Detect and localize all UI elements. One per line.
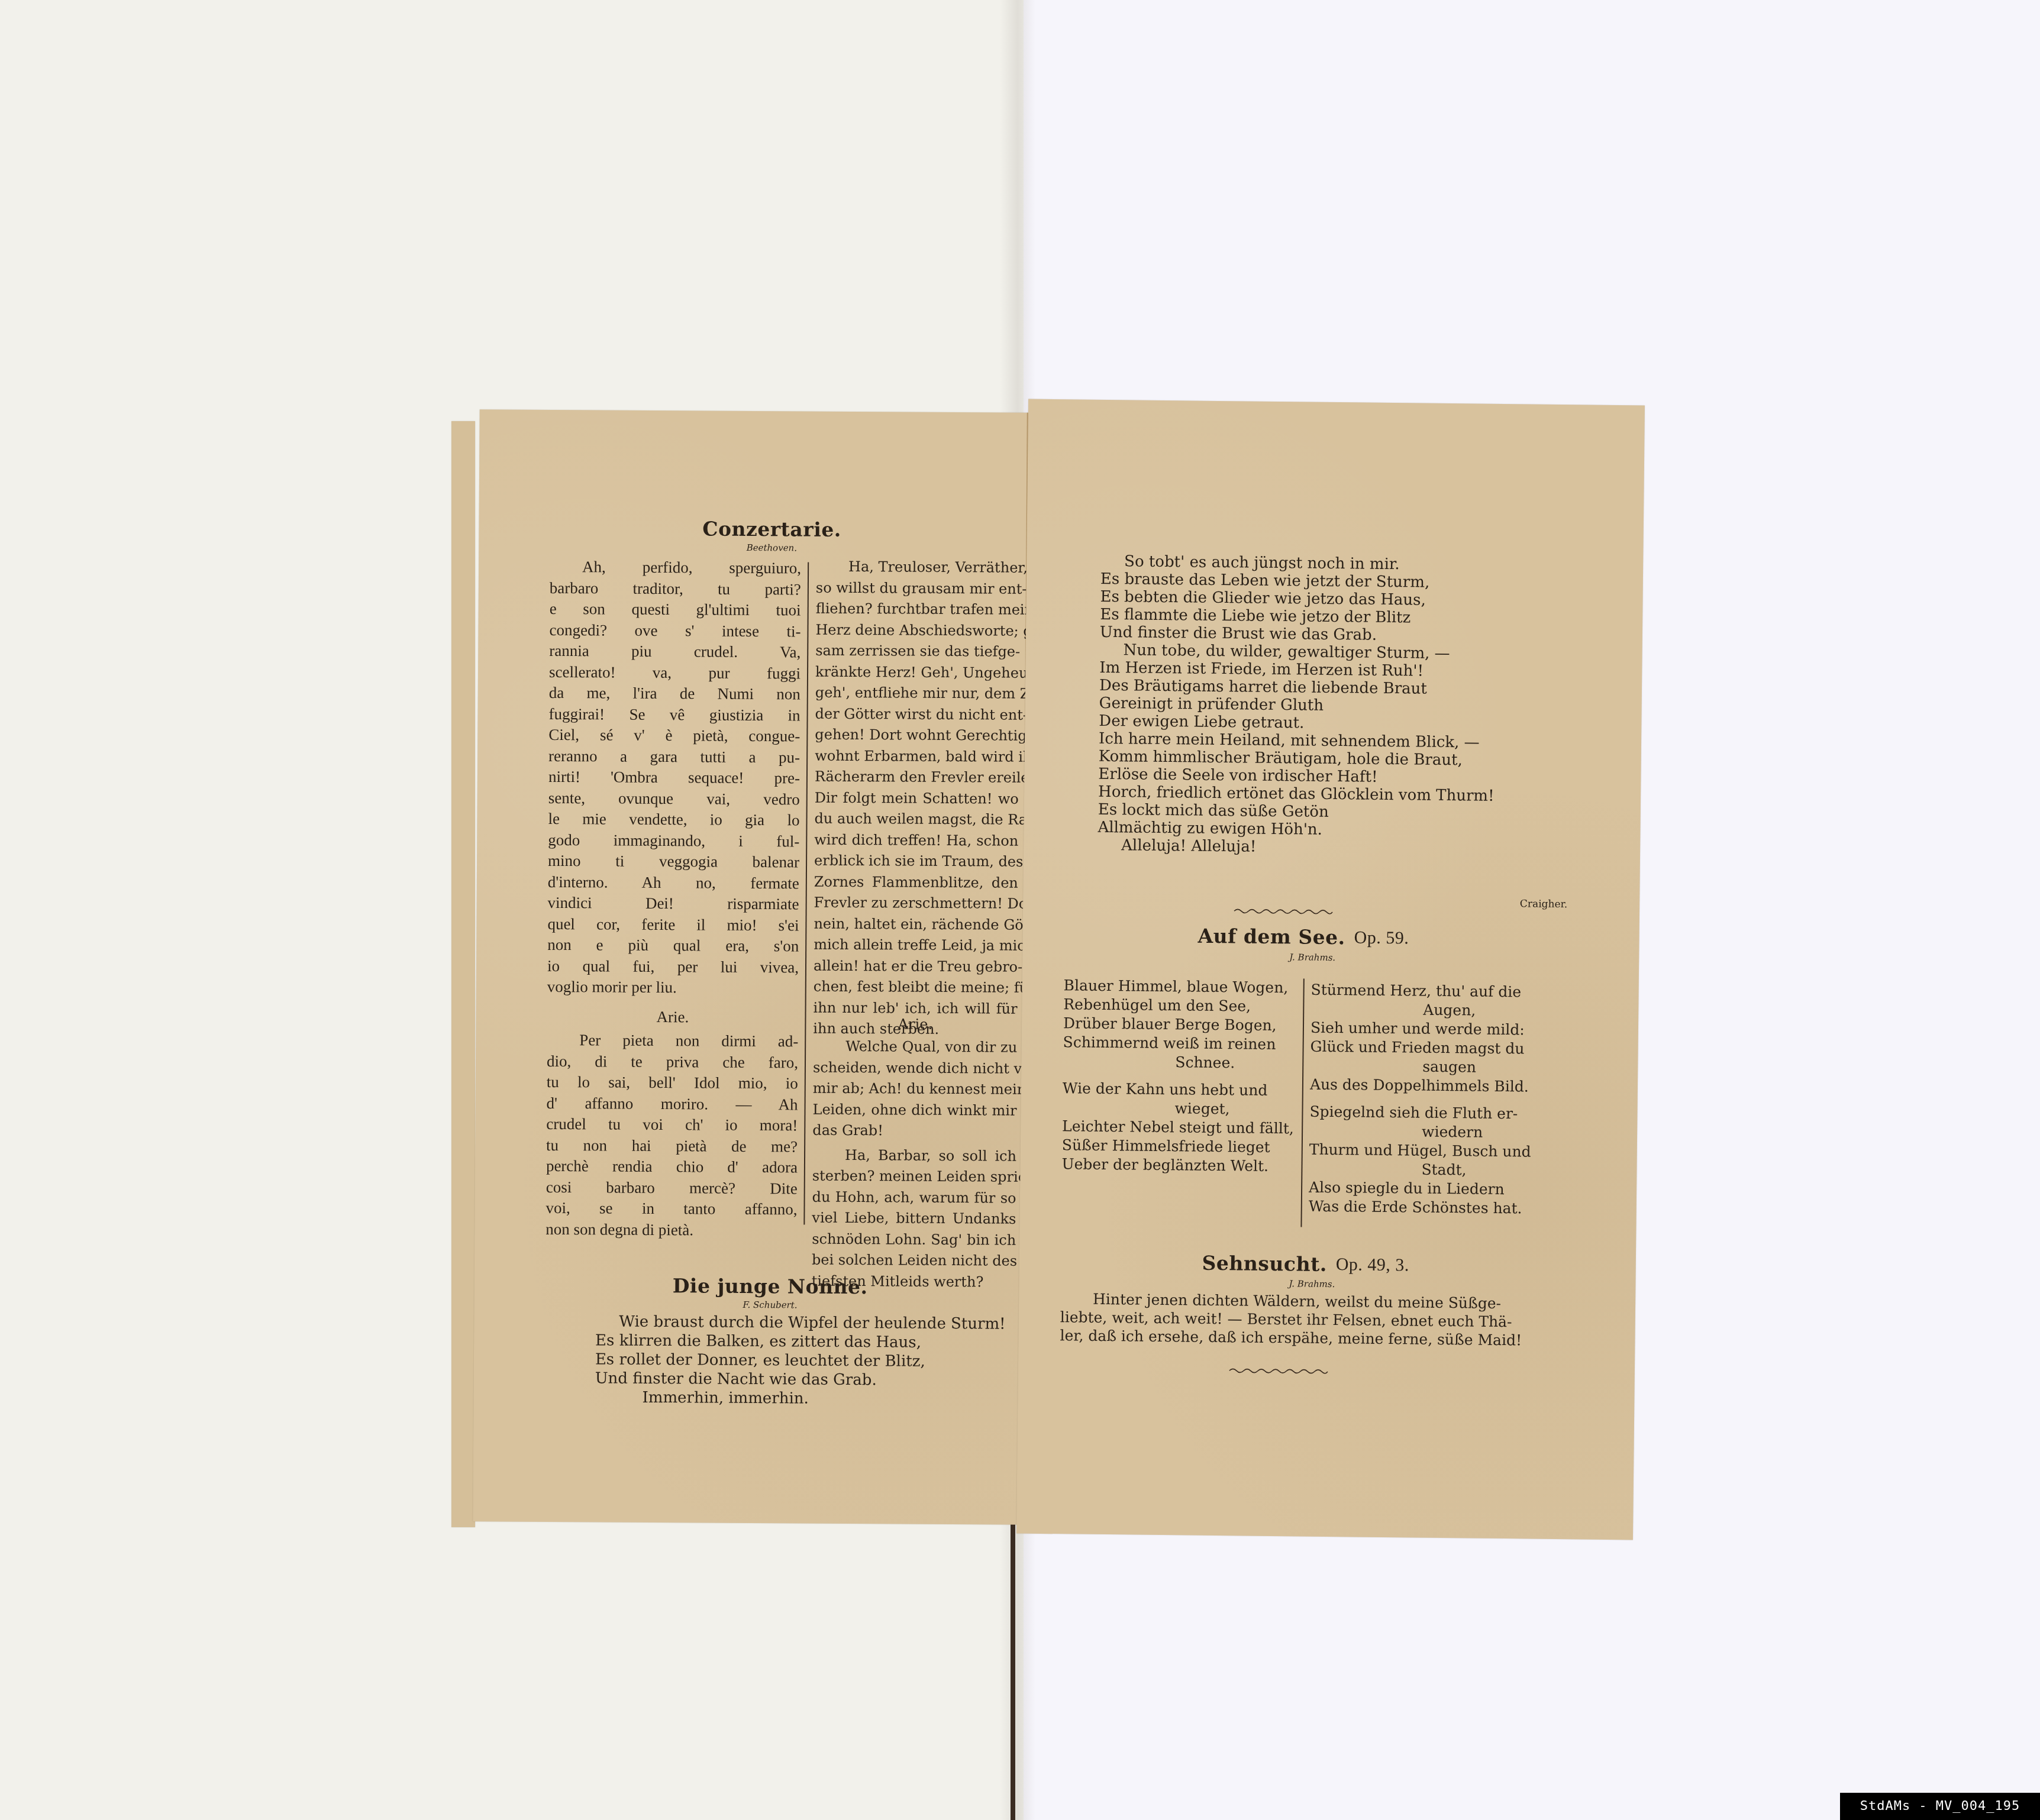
konzertarie-title: Conzertarie. <box>653 517 890 541</box>
text-line: congedi? ove s' intese ti- <box>549 619 800 642</box>
text-line: sente, ovunque vai, vedro <box>548 787 800 810</box>
text-line: Stürmend Herz, thu' auf die <box>1310 981 1559 1002</box>
text-line: chen, fest bleibt die meine; für <box>814 977 1018 999</box>
text-line: erblick ich sie im Traum, des <box>814 851 1018 873</box>
text-line: non son degna di pietà. <box>545 1218 797 1241</box>
text-line: Immerhin, immerhin. <box>595 1388 1009 1409</box>
arie-italian-title: Arie. <box>547 1006 798 1029</box>
text-line: Aus des Doppelhimmels Bild. <box>1310 1075 1558 1097</box>
text-line: Und finster die Nacht wie das Grab. <box>595 1369 1009 1390</box>
text-line: tu non hai pietà de me? <box>546 1134 798 1157</box>
text-line: barbaro traditor, tu parti? <box>550 577 801 600</box>
arie-german-text: Welche Qual, von dir zuscheiden, wende d… <box>812 1036 1018 1293</box>
text-line: io qual fui, per lui vivea, <box>547 955 799 978</box>
poet-signature: Craigher. <box>1449 897 1567 910</box>
sehnsucht-title: Sehnsucht. <box>1144 1251 1327 1276</box>
text-line: da me, l'ira de Numi non <box>549 683 800 705</box>
text-line: du auch weilen magst, die Rache <box>814 809 1018 831</box>
konzertarie-composer: Beethoven. <box>712 542 831 554</box>
text-line: so willst du grausam mir ent- <box>816 577 1020 600</box>
text-line: Wie braust durch die Wipfel der heulende… <box>595 1312 1009 1333</box>
junge-nonne-title: Die junge Nonne. <box>652 1274 889 1298</box>
text-line: wohnt Erbarmen, bald wird ihr <box>815 745 1019 768</box>
archive-caption: StdAMs - MV_004_195 <box>1840 1793 2040 1820</box>
text-line: Thurm und Hügel, Busch und <box>1309 1140 1558 1162</box>
text-line: quel cor, ferite il mio! s'ei <box>547 913 799 936</box>
text-line: perchè rendia chio d' adora <box>546 1156 798 1178</box>
text-line: Leiden, ohne dich winkt mir <box>812 1099 1016 1121</box>
text-line: le mie vendette, io gia lo <box>548 809 799 831</box>
text-line: reranno a gara tutti a pu- <box>548 745 800 768</box>
text-line: Also spiegle du in Liedern <box>1309 1178 1557 1200</box>
auf-dem-see-left-column: Blauer Himmel, blaue Wogen,Rebenhügel um… <box>1061 976 1300 1176</box>
text-line: der Götter wirst du nicht ent- <box>815 703 1019 726</box>
text-line: nein, haltet ein, rächende Götter! <box>814 913 1018 936</box>
text-line: Ha, Barbar, so soll ich <box>812 1145 1016 1167</box>
konzertarie-german-column: Ha, Treuloser, Verräther,so willst du gr… <box>813 557 1020 1041</box>
auf-dem-see-opus: Op. 59. <box>1354 927 1472 949</box>
text-line: Wie der Kahn uns hebt und <box>1063 1079 1299 1100</box>
text-line: Augen, <box>1310 1000 1559 1021</box>
text-line: Stadt, <box>1309 1159 1557 1181</box>
text-line: tu lo sai, bell' Idol mio, io <box>547 1072 798 1094</box>
konzertarie-italian-column: Ah, perfido, sperguiuro,barbaro traditor… <box>547 557 802 999</box>
text-line: Schimmernd weiß im reinen <box>1063 1033 1300 1054</box>
left-page-underlayer <box>451 421 475 1527</box>
text-line: fuggirai! Se vê giustizia in <box>548 703 800 726</box>
ornament-divider <box>1233 907 1334 916</box>
text-line: das Grab! <box>812 1120 1016 1143</box>
text-line: Rebenhügel um den See, <box>1063 995 1300 1016</box>
text-line: godo immaginando, i ful- <box>548 829 799 852</box>
junge-nonne-continuation: So tobt' es auch jüngst noch in mir.Es b… <box>1098 552 1562 859</box>
text-line: d' affanno moriro. — Ah <box>546 1092 798 1115</box>
text-line: scheiden, wende dich nicht von <box>813 1057 1017 1079</box>
text-line: Es klirren die Balken, es zittert das Ha… <box>595 1331 1009 1352</box>
text-line: Leichter Nebel steigt und fällt, <box>1062 1117 1299 1138</box>
text-line: voi, se in tanto affanno, <box>545 1198 797 1220</box>
text-line: mich allein treffe Leid, ja mich <box>814 935 1018 957</box>
text-line: Per pieta non dirmi ad- <box>547 1030 798 1052</box>
ornament-divider <box>1228 1366 1329 1376</box>
text-line: wiedern <box>1309 1121 1558 1143</box>
text-line: e son questi gl'ultimi tuoi <box>550 599 801 621</box>
text-line: wird dich treffen! Ha, schon <box>814 829 1018 852</box>
text-line: mino ti veggogia balenar <box>548 851 799 873</box>
junge-nonne-verse: Wie braust durch die Wipfel der heulende… <box>595 1312 1009 1409</box>
text-line: Herz deine Abschiedsworte; grau- <box>815 619 1019 642</box>
text-line: bei solchen Leiden nicht des <box>812 1250 1016 1272</box>
arie-german-title: Arie. <box>813 1014 1017 1036</box>
text-line: dio, di te priva che faro, <box>547 1050 798 1073</box>
text-line: Ha, Treuloser, Verräther, <box>816 557 1020 579</box>
text-line: kränkte Herz! Geh', Ungeheuer! <box>815 661 1019 684</box>
text-line: schnöden Lohn. Sag' bin ich <box>812 1229 1016 1251</box>
text-line: nirti! 'Ombra sequace! pre- <box>548 767 800 789</box>
text-line: Ciel, sé v' è pietà, congue- <box>548 725 800 747</box>
auf-dem-see-title: Auf dem See. <box>1144 924 1345 949</box>
column-divider <box>1300 979 1304 1227</box>
sehnsucht-text: Hinter jenen dichten Wäldern, weilst du … <box>1060 1289 1569 1350</box>
text-line: Sieh umher und werde mild: <box>1310 1019 1559 1040</box>
text-line: non e più qual era, s'on <box>547 935 799 957</box>
text-line: Glück und Frieden magst du <box>1310 1037 1558 1059</box>
text-line: voglio morir per liu. <box>547 977 799 999</box>
arie-italian-text: Per pieta non dirmi ad-dio, di te priva … <box>545 1030 798 1242</box>
left-page: Conzertarie. Beethoven. Ah, perfido, spe… <box>473 409 1030 1525</box>
column-divider <box>803 563 809 1225</box>
text-line: Rächerarm den Frevler ereilen! <box>815 767 1019 789</box>
sehnsucht-composer: J. Brahms. <box>1253 1278 1371 1290</box>
text-line: Welche Qual, von dir zu <box>813 1036 1017 1059</box>
auf-dem-see-composer: J. Brahms. <box>1253 952 1371 964</box>
text-line: sam zerrissen sie das tiefge- <box>815 641 1019 663</box>
auf-dem-see-right-column: Stürmend Herz, thu' auf dieAugen,Sieh um… <box>1309 981 1560 1218</box>
text-line: Schnee. <box>1063 1052 1299 1073</box>
text-line: mir ab; Ach! du kennest meine <box>813 1078 1017 1101</box>
text-line: fliehen? furchtbar trafen mein <box>816 599 1020 621</box>
text-line: Spiegelnd sieh die Fluth er- <box>1309 1103 1558 1124</box>
text-line: saugen <box>1310 1056 1558 1078</box>
text-line: Frevler zu zerschmettern! Doch <box>814 893 1018 915</box>
text-line: Dir folgt mein Schatten! wo <box>815 787 1019 810</box>
text-line: allein! hat er die Treu gebro- <box>814 955 1018 978</box>
text-line: Drüber blauer Berge Bogen, <box>1063 1014 1300 1035</box>
text-line: cosi barbaro mercè? Dite <box>546 1176 798 1199</box>
text-line: Zornes Flammenblitze, den <box>814 871 1018 894</box>
text-line: sterben? meinen Leiden sprichst <box>812 1166 1016 1188</box>
text-line: geh', entfliehe mir nur, dem Zorn <box>815 683 1019 705</box>
text-line: Es rollet der Donner, es leuchtet der Bl… <box>595 1350 1009 1371</box>
text-line: crudel tu voi ch' io mora! <box>546 1114 798 1136</box>
text-line: rannia piu crudel. Va, <box>549 641 800 663</box>
sehnsucht-opus: Op. 49, 3. <box>1336 1255 1484 1276</box>
text-line: Ah, perfido, sperguiuro, <box>550 557 801 579</box>
text-line: Süßer Himmelsfriede lieget <box>1062 1136 1299 1157</box>
text-line: Blauer Himmel, blaue Wogen, <box>1064 976 1300 997</box>
right-page: So tobt' es auch jüngst noch in mir.Es b… <box>1016 399 1645 1540</box>
text-line: du Hohn, ach, warum für so <box>812 1187 1016 1209</box>
text-line: vindici Dei! risparmiate <box>548 893 799 915</box>
text-line: scellerato! va, pur fuggi <box>549 661 800 684</box>
text-line: gehen! Dort wohnt Gerechtigkeit, <box>815 725 1019 747</box>
text-line: Ueber der beglänzten Welt. <box>1061 1155 1298 1176</box>
text-line: wieget, <box>1062 1098 1299 1119</box>
text-line: viel Liebe, bittern Undanks <box>812 1208 1016 1230</box>
text-line: Was die Erde Schönstes hat. <box>1309 1197 1557 1218</box>
text-line: d'interno. Ah no, fermate <box>548 871 799 894</box>
junge-nonne-composer: F. Schubert. <box>711 1299 829 1311</box>
